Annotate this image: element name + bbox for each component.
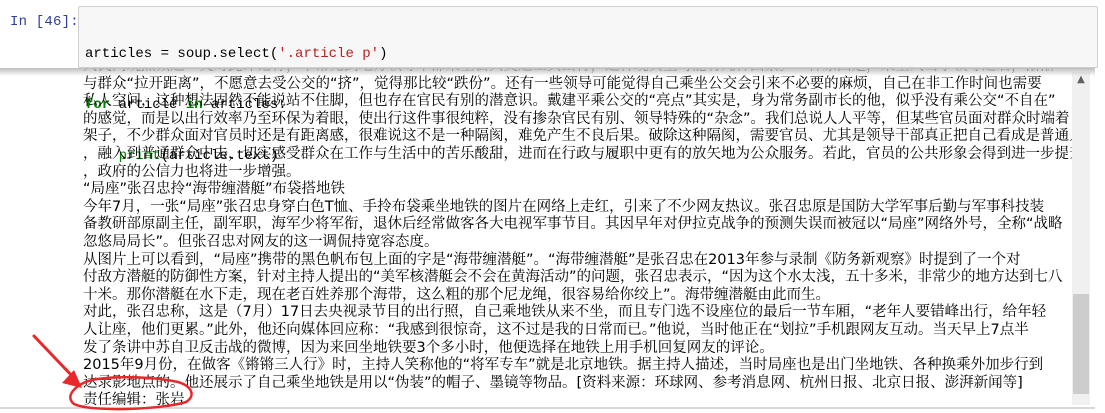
code-text: )	[379, 46, 387, 62]
output-text: 人民网观点频道一文对此评论称，不常见到地方领导干部乘坐公共交通工具出行，这种现实…	[83, 68, 1068, 408]
code-string: '.article p'	[278, 46, 379, 62]
output-line: 架子，不少群众面对官员时还是有距离感，很难说这不是一种隔阂，难免产生不良后果。破…	[83, 128, 1068, 146]
output-line: 人让座，他们更累。”此外，他还向媒体回应称：“我感到很惊奇，这不过是我的日常而已…	[83, 322, 1068, 340]
output-line: 2015年9月份，在做客《锵锵三人行》时，主持人笑称他的“将军专车”就是北京地铁…	[83, 357, 1068, 375]
output-line: ，融入到普通群众中去，切实感受群众在工作与生活中的苦乐酸甜，进而在行政与履职中更…	[83, 146, 1068, 164]
output-line: 付敌方潜艇的防御性方案，针对主持人提出的“美军核潜艇会不会在黄海活动”的问题，张…	[83, 269, 1068, 287]
output-line: 忽悠局局长”。但张召忠对网友的这一调侃持宽容态度。	[83, 234, 1068, 252]
output-line: 备教研部原副主任，副军职，海军少将军衔，退休后经常做客各大电视军事节目。其因早年…	[83, 216, 1068, 234]
output-scroll-shadow	[0, 68, 1095, 76]
output-bottom-border	[0, 407, 1095, 409]
output-line: 与群众“拉开距离”，不愿意去受公交的“挤”，觉得那比较“跌份”。还有一些领导可能…	[83, 76, 1068, 94]
output-line: 十米。那你潜艇在水下走，现在老百姓养那个海带，这么粗的那个尼龙绳，很容易给你绞上…	[83, 287, 1068, 305]
code-cell-editor[interactable]: articles = soup.select('.article p') for…	[78, 6, 1098, 68]
output-line: 发了条讲中苏自卫反击战的微博，因为来回坐地铁要3个多小时，他便选择在地铁上用手机…	[83, 340, 1068, 358]
output-line: 从图片上可以看到，“局座”携带的黑色帆布包上面的字是“海带缠潜艇”。“海带缠潜艇…	[83, 252, 1068, 270]
output-line: 的感觉，而是以出行效率乃至环保为着眼，使出行这件事很纯粹，没有掺杂官民有别、领导…	[83, 111, 1068, 129]
output-line: ，政府的公信力也将进一步增强。	[83, 164, 1068, 182]
output-line: 今年7月，一张“局座”张召忠身穿白色T恤、手拎布袋乘坐地铁的图片在网络上走红，引…	[83, 199, 1068, 217]
scroll-thumb[interactable]	[1073, 294, 1089, 394]
output-line: 达录影地点的。他还展示了自己乘坐地铁是用以“伪装”的帽子、墨镜等物品。[资料来源…	[83, 375, 1068, 393]
code-text: articles = soup.select(	[85, 46, 278, 62]
editor-credit-line: 责任编辑：张岩	[83, 392, 1068, 408]
output-line: 对此，张召忠称，这是（7月）17日去央视录节目的出行照，自己乘地铁从来不坐，而且…	[83, 304, 1068, 322]
output-area[interactable]: 人民网观点频道一文对此评论称，不常见到地方领导干部乘坐公共交通工具出行，这种现实…	[0, 68, 1105, 408]
code-line-1: articles = soup.select('.article p')	[85, 46, 1097, 63]
output-line: 私人空间，这种想法固然不能说站不住脚，但也存在官民有别的潜意识。戴建平乘公交的“…	[83, 93, 1068, 111]
output-scrollbar[interactable]: ▲	[1072, 72, 1090, 405]
output-line: “局座”张召忠拎“海带缠潜艇”布袋搭地铁	[83, 181, 1068, 199]
cell-prompt: In [46]:	[10, 14, 79, 30]
